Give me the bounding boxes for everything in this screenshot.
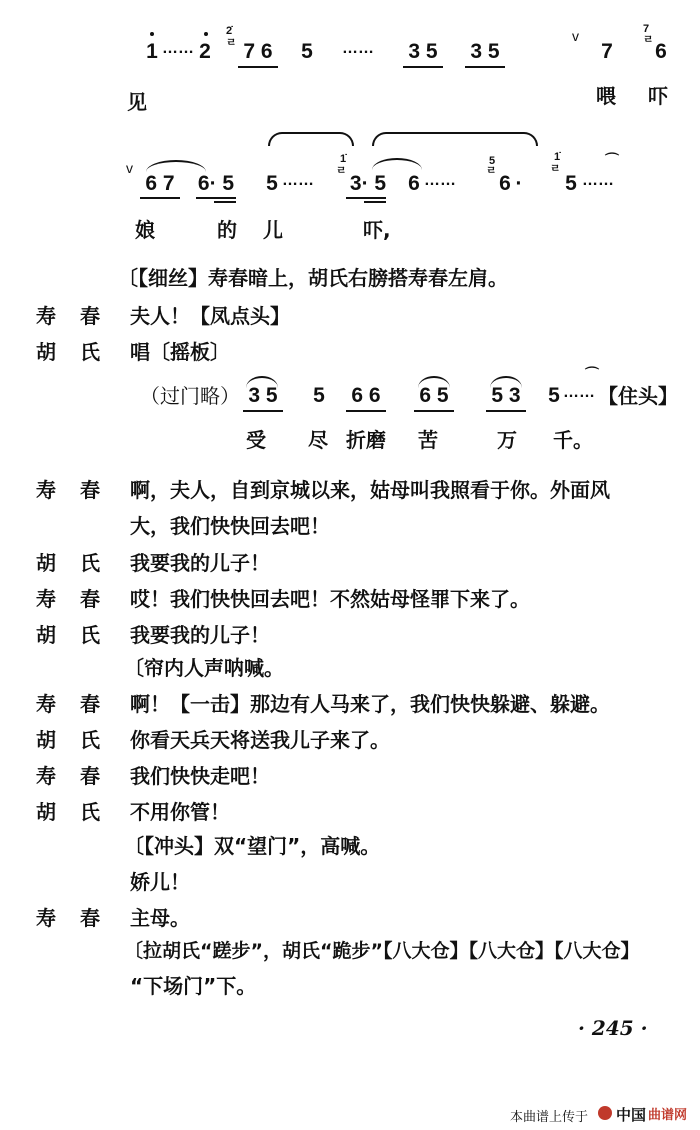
underline <box>140 197 180 199</box>
dialogue-line: 胡氏 不用你管！ <box>0 796 700 832</box>
grace-mark-icon: ㄹ <box>550 164 561 175</box>
speech-text: 不用你管！ <box>130 796 230 825</box>
note-group: 3 5 <box>465 40 505 64</box>
slur <box>372 158 422 170</box>
extension-dots: …… <box>563 384 595 402</box>
speech-text: 娇儿！ <box>130 866 190 895</box>
speech-text: 唱〔摇板〕 <box>130 336 230 365</box>
dialogue-line: 胡氏 你看天兵天将送我儿子来了。 <box>0 724 700 760</box>
note-group: 6· 5 <box>196 172 236 196</box>
fermata-icon: ⌒ <box>605 150 619 170</box>
dialogue-line: 寿春 哎！我们快快回去吧！不然姑母怪罪下来了。 <box>0 583 700 619</box>
breath-mark-icon: v <box>126 160 133 176</box>
site-logo-suffix[interactable]: 曲谱网 <box>648 1104 687 1123</box>
speech-text: 啊！【一击】那边有人马来了，我们快快躲避、躲避。 <box>130 688 610 717</box>
underline <box>414 410 454 412</box>
speaker: 寿春 <box>36 300 124 329</box>
high-octave-dot <box>150 32 154 36</box>
dialogue-line: 寿春 啊，夫人，自到京城以来，姑母叫我照看于你。外面风 <box>0 474 700 510</box>
extension-dots: …… <box>582 172 614 190</box>
page-number: · 245 · <box>578 1016 648 1040</box>
underline <box>243 410 283 412</box>
lyric: 万 <box>497 428 517 452</box>
note: 1 <box>143 40 161 64</box>
speech-text: 我要我的儿子！ <box>130 547 270 576</box>
lyric: 受 <box>246 428 266 452</box>
stage-direction: 〔帘内人声呐喊。 <box>0 652 700 688</box>
note-group: 3 5 <box>243 384 283 408</box>
speaker: 寿春 <box>36 474 124 503</box>
speech-text: 我们快快走吧！ <box>130 760 270 789</box>
stage-direction: 〔【细丝】寿春暗上，胡氏右膀搭寿春左肩。 <box>0 262 700 298</box>
note: 6 <box>652 40 670 64</box>
underline <box>465 66 505 68</box>
note-group: 6 5 <box>414 384 454 408</box>
dot: · <box>514 172 524 196</box>
slur <box>146 160 206 172</box>
phrase-bracket <box>372 132 538 146</box>
speech-text: 啊，夫人，自到京城以来，姑母叫我照看于你。外面风 <box>130 474 610 503</box>
extension-dots: …… <box>342 40 374 58</box>
high-octave-dot <box>204 32 208 36</box>
speaker: 胡氏 <box>36 724 124 753</box>
dialogue-line: 胡氏 我要我的儿子！ <box>0 619 700 655</box>
note-group: 3· 5 <box>346 172 390 196</box>
lyric: 娘 <box>135 218 155 242</box>
extension-dots: …… <box>424 172 456 190</box>
speaker: 寿春 <box>36 688 124 717</box>
lyric: 千。 <box>553 428 593 452</box>
speaker: 胡氏 <box>36 796 124 825</box>
speech-text: 大，我们快快回去吧！ <box>130 510 330 539</box>
note-group: 3 5 <box>403 40 443 64</box>
speech-text: 哎！我们快快回去吧！不然姑母怪罪下来了。 <box>130 583 530 612</box>
dialogue-continuation: 娇儿！ <box>0 866 700 902</box>
speaker: 胡氏 <box>36 619 124 648</box>
interlude-label: （过门略） <box>140 384 240 408</box>
lyric: 儿 <box>263 218 283 242</box>
extension-dots: …… <box>282 172 314 190</box>
note-group: 7 6 <box>238 40 278 64</box>
note-group: 5 3 <box>486 384 526 408</box>
stage-text: 〔【冲头】双“望门”，高喊。 <box>124 830 380 859</box>
speech-text: 你看天兵天将送我儿子来了。 <box>130 724 390 753</box>
speaker: 胡氏 <box>36 336 124 365</box>
dialogue-line: 寿春 啊！【一击】那边有人马来了，我们快快躲避、躲避。 <box>0 688 700 724</box>
note: 5 <box>298 40 316 64</box>
speech-text: “下场门”下。 <box>130 970 256 999</box>
dialogue-continuation: “下场门”下。 <box>0 970 700 1006</box>
note: 6 <box>496 172 514 196</box>
grace-note: 2̇ <box>226 26 232 37</box>
dialogue-line: 寿春 主母。 <box>0 902 700 938</box>
fermata-icon: ⌒ <box>585 364 599 384</box>
lyric: 喂 <box>596 84 616 108</box>
site-logo-icon <box>598 1106 612 1120</box>
dialogue-line: 寿春 夫人！【凤点头】 <box>0 300 700 336</box>
note: 5 <box>263 172 281 196</box>
underline <box>403 66 443 68</box>
breath-mark-icon: v <box>572 28 579 44</box>
lyric: 吓, <box>363 218 391 242</box>
stage-text: 〔【细丝】寿春暗上，胡氏右膀搭寿春左肩。 <box>118 262 508 291</box>
speech-text: 夫人！【凤点头】 <box>130 300 290 329</box>
underline-double <box>364 201 386 203</box>
speaker: 寿春 <box>36 902 124 931</box>
lyric: 吓 <box>648 84 668 108</box>
speech-text: 主母。 <box>130 902 190 931</box>
stage-direction: 〔【冲头】双“望门”，高喊。 <box>0 830 700 866</box>
note: 5 <box>310 384 328 408</box>
phrase-bracket <box>268 132 354 146</box>
percussion-cue: 【住头】 <box>598 384 678 408</box>
dialogue-continuation: 大，我们快快回去吧！ <box>0 510 700 546</box>
grace-note: 1̇ <box>554 152 560 163</box>
site-logo-prefix[interactable]: 中国 <box>616 1104 646 1125</box>
underline <box>346 410 386 412</box>
lyric: 见 <box>127 90 147 114</box>
note-group: 6 7 <box>140 172 180 196</box>
underline <box>486 410 526 412</box>
dialogue-line: 寿春 我们快快走吧！ <box>0 760 700 796</box>
extension-dots: …… <box>162 40 194 58</box>
footer-text: 本曲谱上传于 <box>510 1106 588 1125</box>
underline <box>238 66 278 68</box>
stage-direction: 〔拉胡氏“蹉步”，胡氏“跪步”【八大仓】【八大仓】【八大仓】 <box>0 936 700 972</box>
underline <box>196 197 236 199</box>
stage-text: 〔拉胡氏“蹉步”，胡氏“跪步”【八大仓】【八大仓】【八大仓】 <box>124 936 639 963</box>
stage-text: 〔帘内人声呐喊。 <box>124 652 284 681</box>
grace-note: 1̇ <box>340 154 346 165</box>
note-group: 6 6 <box>346 384 386 408</box>
lyric: 的 <box>217 218 237 242</box>
speech-text: 我要我的儿子！ <box>130 619 270 648</box>
speaker: 寿春 <box>36 760 124 789</box>
note: 5 <box>562 172 580 196</box>
lyric: 尽 <box>308 428 328 452</box>
note: 6 <box>405 172 423 196</box>
note: 5 <box>545 384 563 408</box>
grace-mark-icon: ㄹ <box>226 38 237 49</box>
speaker: 胡氏 <box>36 547 124 576</box>
dialogue-line: 胡氏 我要我的儿子！ <box>0 547 700 583</box>
speaker: 寿春 <box>36 583 124 612</box>
note: 7 <box>598 40 616 64</box>
lyric: 苦 <box>418 428 438 452</box>
underline <box>346 197 386 199</box>
note: 2 <box>196 40 214 64</box>
underline-double <box>214 201 236 203</box>
lyric: 折磨 <box>346 428 386 452</box>
